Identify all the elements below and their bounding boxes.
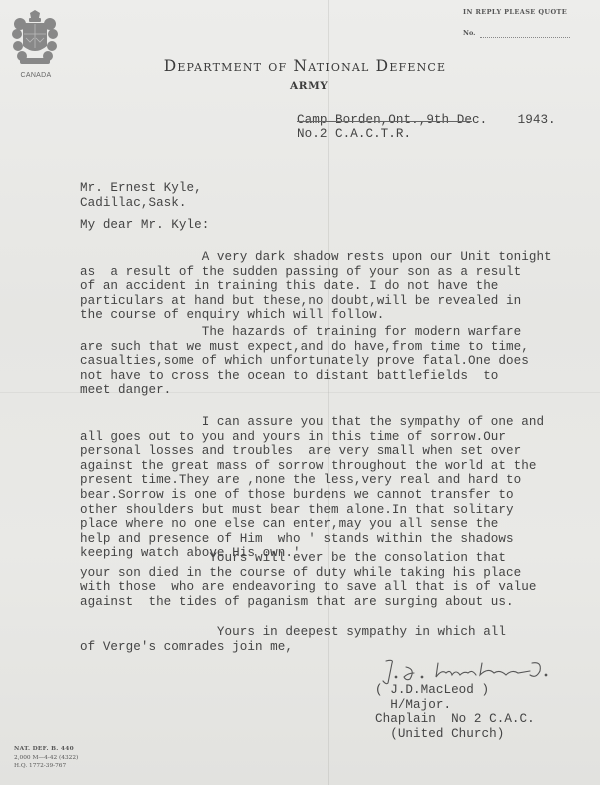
letter-paper: CANADA IN REPLY PLEASE QUOTE No. Departm… — [0, 0, 600, 785]
text-line: the course of enquiry which will follow. — [80, 308, 552, 323]
print-run: 2,000 M—4-42 (4322) — [14, 754, 78, 763]
date-underline — [297, 121, 472, 122]
text-line: other shoulders but must bear them alone… — [80, 503, 544, 518]
unit-reference: No.2 C.A.C.T.R. — [297, 127, 411, 142]
text-line: meet danger. — [80, 383, 529, 398]
text-line: I can assure you that the sympathy of on… — [80, 415, 544, 430]
recipient-location: Cadillac,Sask. — [80, 196, 202, 211]
text-line: Yours will ever be the consolation that — [80, 551, 536, 566]
text-line: The hazards of training for modern warfa… — [80, 325, 529, 340]
salutation: My dear Mr. Kyle: — [80, 218, 209, 233]
signature-block: ( J.D.MacLeod ) H/Major.Chaplain No 2 C.… — [375, 683, 535, 741]
body-paragraph: A very dark shadow rests upon our Unit t… — [80, 250, 552, 323]
text-line: against the great mass of sorrow through… — [80, 459, 544, 474]
text-line: your son died in the course of duty whil… — [80, 566, 536, 581]
department-title: Department of National Defence — [0, 57, 600, 75]
recipient-address: Mr. Ernest Kyle,Cadillac,Sask. — [80, 181, 202, 210]
text-line: help and presence of Him who ' stands wi… — [80, 532, 544, 547]
text-line: are such that we must expect,and do have… — [80, 340, 529, 355]
reply-number-label: No. — [463, 29, 475, 37]
text-line: as a result of the sudden passing of you… — [80, 265, 552, 280]
text-line: all goes out to you and yours in this ti… — [80, 430, 544, 445]
text-line: of Verge's comrades join me, — [80, 640, 506, 655]
body-paragraph: The hazards of training for modern warfa… — [80, 325, 529, 398]
signatory-position: Chaplain No 2 C.A.C. — [375, 712, 535, 727]
text-line: of an accident in training this date. I … — [80, 279, 552, 294]
text-line: against the tides of paganism that are s… — [80, 595, 536, 610]
body-paragraph: I can assure you that the sympathy of on… — [80, 415, 544, 561]
signatory-denomination: (United Church) — [375, 727, 535, 742]
text-line: A very dark shadow rests upon our Unit t… — [80, 250, 552, 265]
text-line: present time.They are ,none the less,ver… — [80, 473, 544, 488]
text-line: particulars at hand but these,no doubt,w… — [80, 294, 552, 309]
text-line: personal losses and troubles are very sm… — [80, 444, 544, 459]
branch-title: ARMY — [290, 80, 328, 92]
handwritten-signature — [380, 657, 600, 685]
text-line: Yours in deepest sympathy in which all — [80, 625, 506, 640]
signatory-name: ( J.D.MacLeod ) — [375, 683, 535, 698]
hq-file-number: H.Q. 1772-39-767 — [14, 762, 78, 771]
text-line: not have to cross the ocean to distant b… — [80, 369, 529, 384]
form-number: NAT. DEF. B. 440 — [14, 745, 78, 754]
recipient-name: Mr. Ernest Kyle, — [80, 181, 202, 196]
reply-number-blank — [480, 37, 570, 38]
form-code: NAT. DEF. B. 4402,000 M—4-42 (4322)H.Q. … — [14, 745, 78, 771]
reply-quote-label: IN REPLY PLEASE QUOTE — [463, 8, 567, 16]
text-line: casualties,some of which unfortunately p… — [80, 354, 529, 369]
text-line: with those who are endeavoring to save a… — [80, 580, 536, 595]
body-paragraph: Yours will ever be the consolation thaty… — [80, 551, 536, 609]
signatory-rank: H/Major. — [375, 698, 535, 713]
closing-paragraph: Yours in deepest sympathy in which allof… — [80, 625, 506, 654]
text-line: bear.Sorrow is one of those burdens we c… — [80, 488, 544, 503]
text-line: place where no one else can enter,may yo… — [80, 517, 544, 532]
